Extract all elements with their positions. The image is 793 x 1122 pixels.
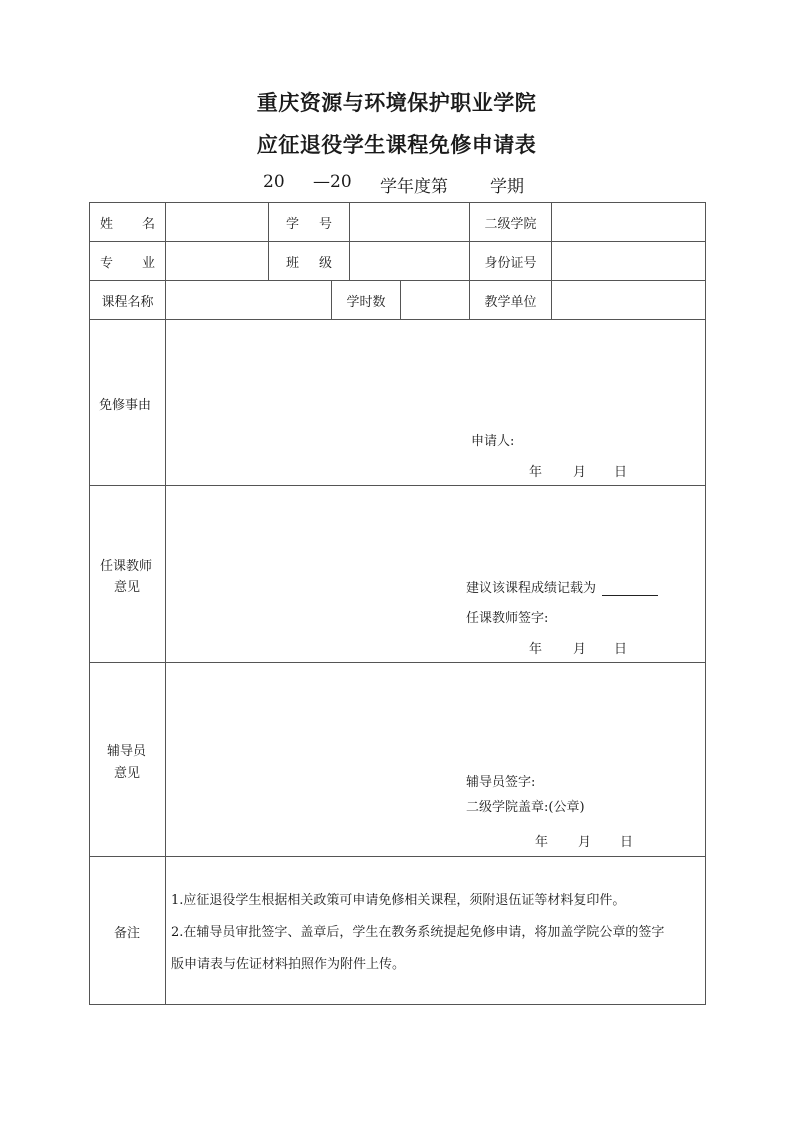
name-label: 姓名 (90, 203, 165, 241)
class-input[interactable] (350, 242, 469, 280)
course-name-input[interactable] (166, 281, 331, 319)
remarks-label: 备注 (114, 922, 140, 941)
semester-label: 学期 (490, 172, 524, 197)
grade-blank[interactable] (602, 583, 658, 596)
counselor-label-line2: 意见 (114, 762, 140, 781)
teaching-unit-label: 教学单位 (470, 281, 551, 319)
academic-year-label: 学年度第 (380, 172, 448, 197)
teacher-signature-label: 任课教师签字: (466, 607, 548, 626)
label-char: 专 (100, 252, 113, 271)
grid-line (89, 1004, 706, 1005)
reason-label: 免修事由 (99, 394, 151, 413)
grade-suggestion-label: 建议该课程成绩记载为 (466, 581, 596, 596)
date-month: 月 (573, 638, 586, 657)
date-day: 日 (614, 461, 627, 480)
name-input[interactable] (166, 203, 268, 241)
course-name-label: 课程名称 (90, 281, 165, 319)
grade-suggestion: 建议该课程成绩记载为 (466, 577, 658, 596)
id-card-input[interactable] (552, 242, 705, 280)
teaching-unit-input[interactable] (552, 281, 705, 319)
counselor-label-line1: 辅导员 (107, 740, 146, 759)
year-start: 20 (263, 172, 285, 192)
date-month: 月 (578, 831, 591, 850)
remark-line-2: 2.在辅导员审批签字、盖章后，学生在教务系统提起免修申请，将加盖学院公章的签字 (171, 921, 664, 940)
applicant-label: 申请人: (471, 430, 514, 449)
grid-line (705, 202, 706, 1005)
major-input[interactable] (166, 242, 268, 280)
date-day: 日 (614, 638, 627, 657)
label-char: 号 (319, 213, 332, 232)
teacher-opinion-area[interactable] (166, 486, 705, 566)
date-year: 年 (535, 831, 548, 850)
label-char: 业 (142, 252, 155, 271)
college-seal-label: 二级学院盖章:(公章) (466, 796, 585, 815)
reason-input-area[interactable] (166, 320, 705, 420)
form-title: 应征退役学生课程免修申请表 (0, 129, 793, 159)
id-card-label: 身份证号 (470, 242, 551, 280)
remark-line-3: 版申请表与佐证材料拍照作为附件上传。 (171, 953, 405, 972)
hours-label: 学时数 (332, 281, 400, 319)
grid-line (89, 202, 90, 1005)
counselor-signature-label: 辅导员签字: (466, 771, 535, 790)
teacher-label-line1: 任课教师 (100, 555, 152, 574)
college-label: 二级学院 (470, 203, 551, 241)
date-day: 日 (620, 831, 633, 850)
label-char: 级 (319, 252, 332, 271)
student-id-label: 学号 (269, 203, 349, 241)
remark-line-1: 1.应征退役学生根据相关政策可申请免修相关课程，须附退伍证等材料复印件。 (171, 889, 625, 908)
label-char: 学 (286, 213, 299, 232)
label-char: 姓 (100, 213, 113, 232)
label-char: 班 (286, 252, 299, 271)
date-year: 年 (529, 638, 542, 657)
class-label: 班级 (269, 242, 349, 280)
college-input[interactable] (552, 203, 705, 241)
major-label: 专业 (90, 242, 165, 280)
counselor-opinion-area[interactable] (166, 663, 705, 763)
date-month: 月 (573, 461, 586, 480)
teacher-label-line2: 意见 (114, 576, 140, 595)
grid-line (89, 856, 706, 857)
year-end: —20 (313, 172, 352, 192)
student-id-input[interactable] (350, 203, 469, 241)
label-char: 名 (142, 213, 155, 232)
institution-title: 重庆资源与环境保护职业学院 (0, 87, 793, 117)
date-year: 年 (529, 461, 542, 480)
hours-input[interactable] (401, 281, 469, 319)
